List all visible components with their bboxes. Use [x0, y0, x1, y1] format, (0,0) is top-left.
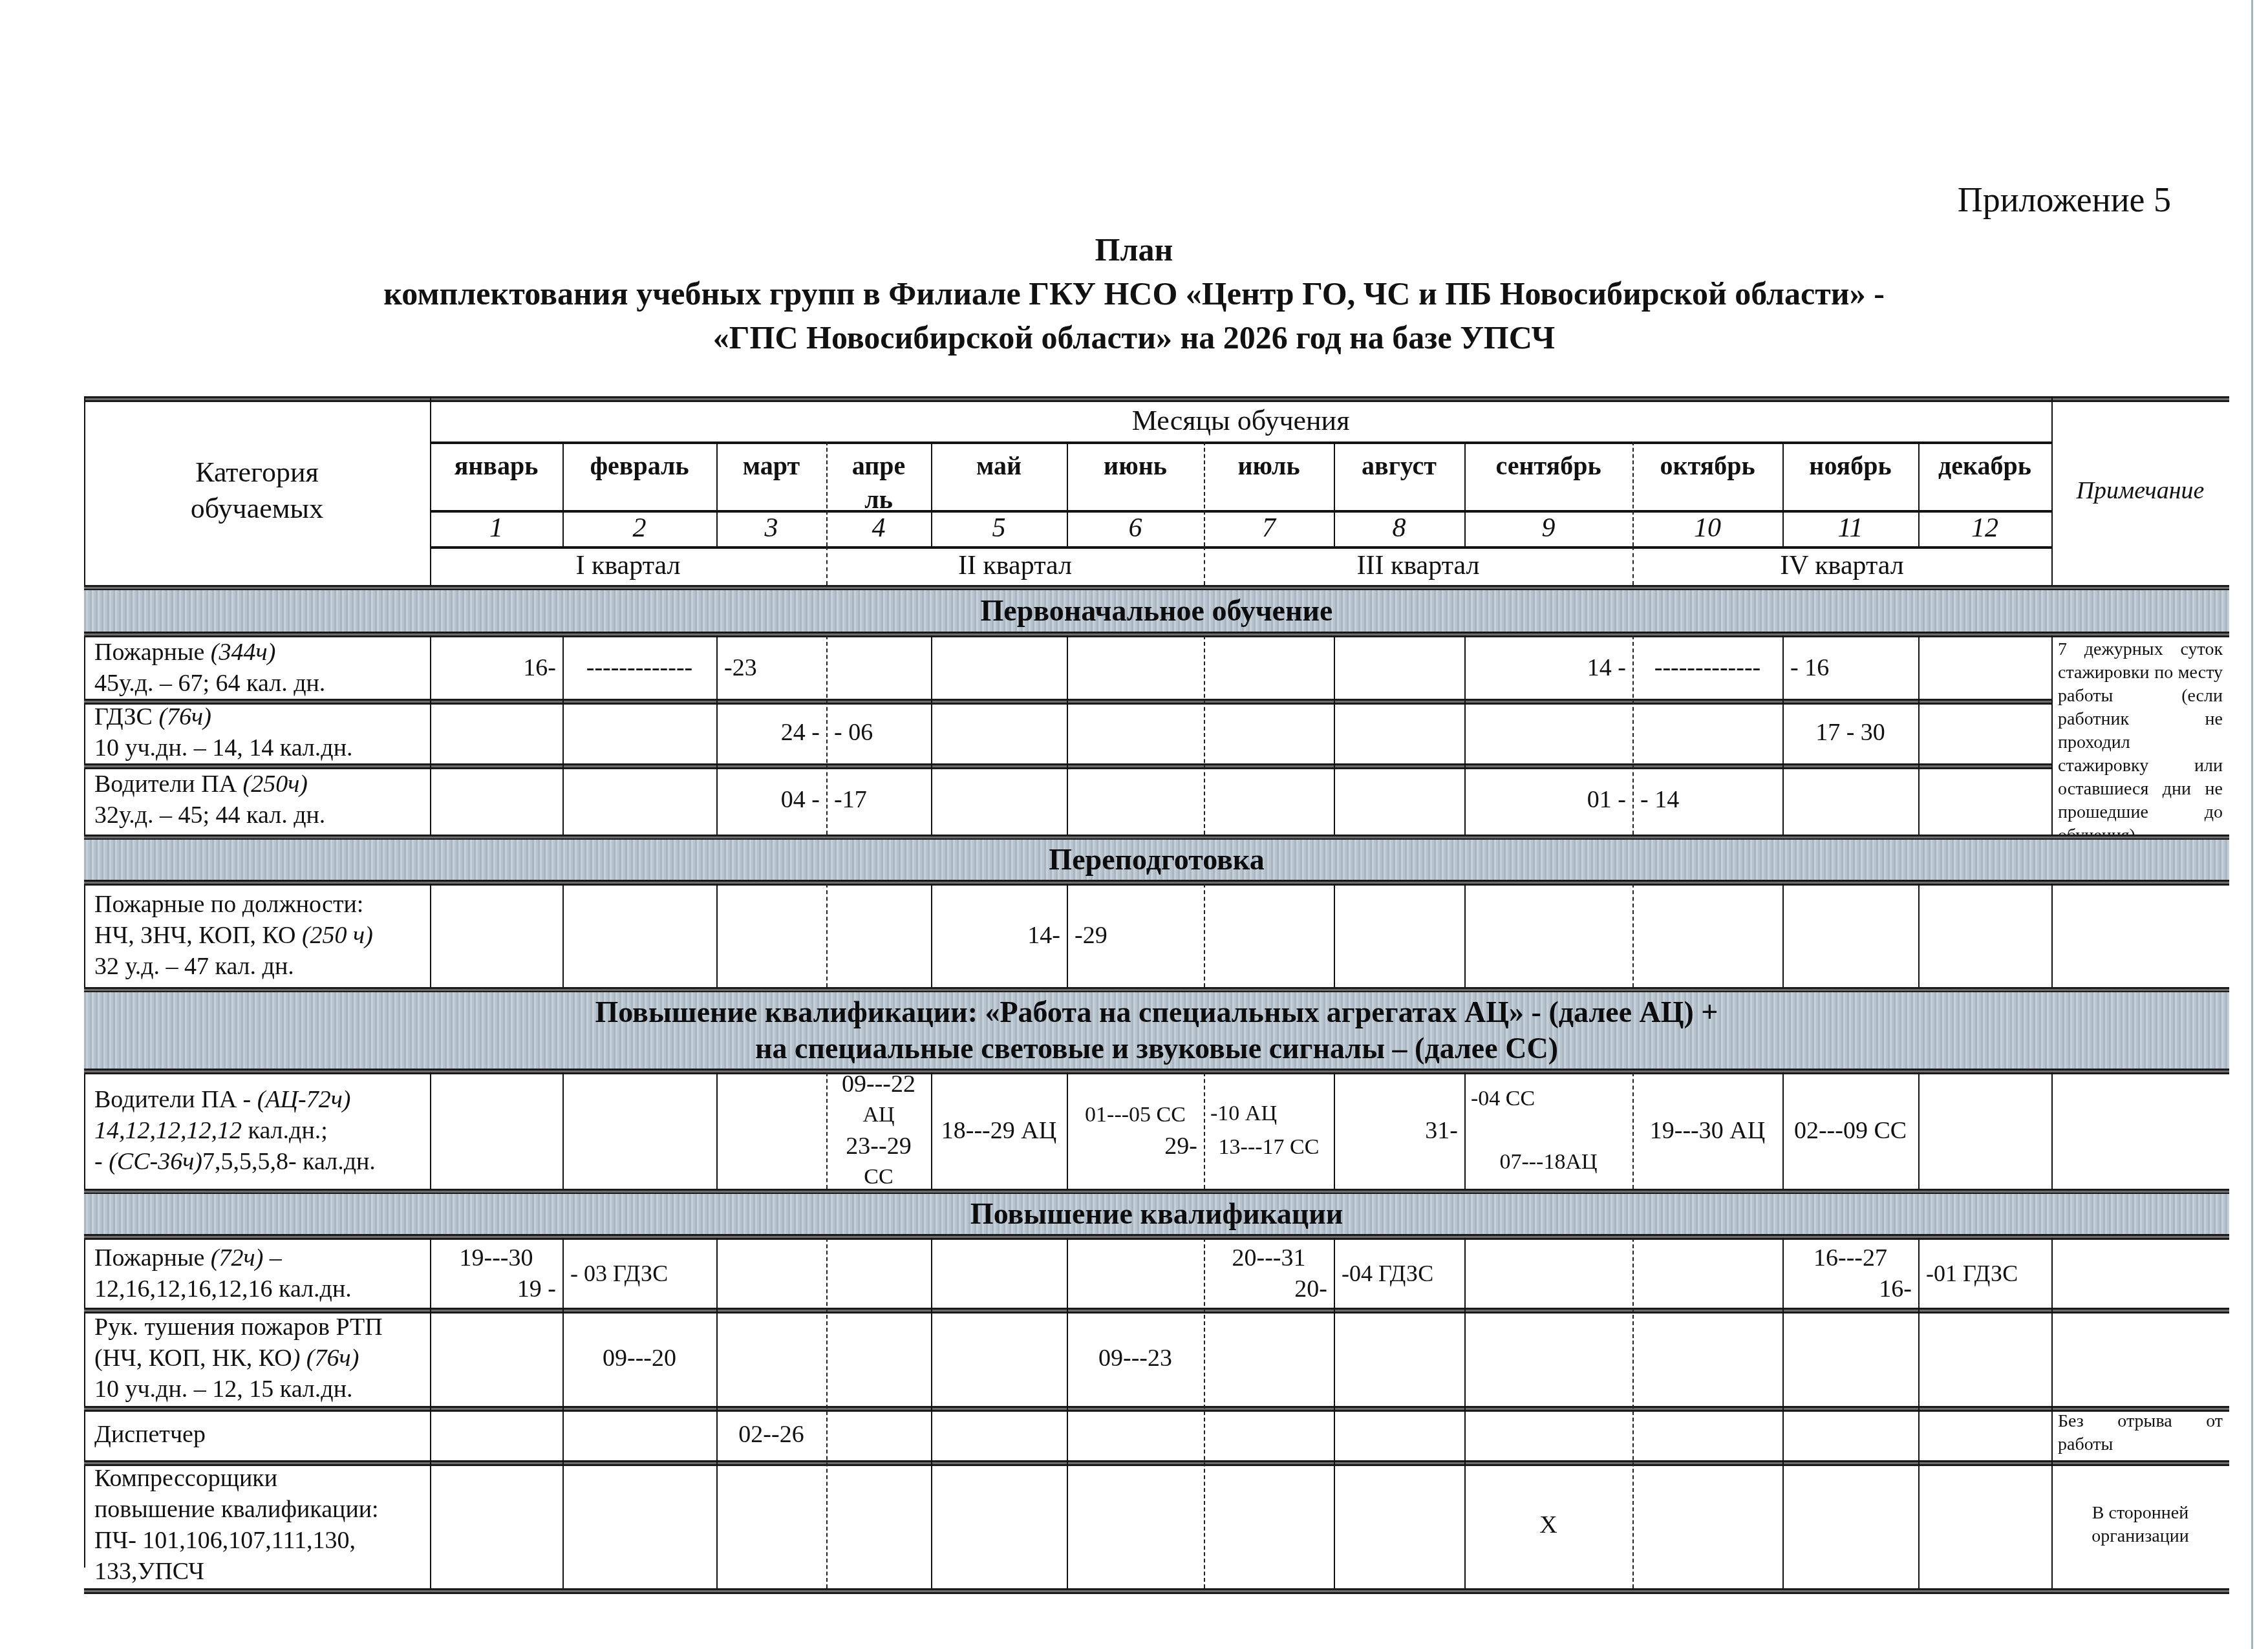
row-category: Пожарные по должности:НЧ, ЗНЧ, КОП, КО (…	[84, 884, 430, 987]
category-header: Категория обучаемых	[84, 396, 430, 585]
column-rule	[716, 884, 718, 987]
document-subtitle-line2: «ГПС Новосибирской области» на 2026 год …	[0, 315, 2268, 359]
quarter-divider	[1204, 1238, 1205, 1588]
column-rule	[1067, 1072, 1068, 1189]
schedule-cell-month-9: -04 СС07---18АЦ	[1464, 1072, 1632, 1189]
quarter-divider	[826, 884, 828, 987]
column-rule	[1334, 442, 1335, 546]
schedule-cell-month-2: - 03 ГДЗС	[562, 1238, 716, 1309]
document-title: План	[0, 228, 2268, 271]
column-rule	[1464, 442, 1466, 546]
schedule-cell-month-7: 20---3120-	[1204, 1238, 1334, 1309]
month-number-7: 7	[1204, 510, 1334, 546]
column-rule	[1334, 1072, 1335, 1189]
column-rule	[1918, 1072, 1920, 1189]
column-rule	[1464, 635, 1466, 835]
column-rule	[2051, 1072, 2053, 1189]
month-number-9: 9	[1464, 510, 1632, 546]
month-number-4: 4	[826, 510, 931, 546]
schedule-cell-month-6: 09---23	[1067, 1309, 1204, 1407]
column-rule	[1782, 884, 1784, 987]
schedule-cell-month-7: -10 АЦ13---17 СС	[1204, 1072, 1334, 1189]
column-rule	[562, 884, 564, 987]
schedule-cell-month-4: 09---22АЦ23--29СС	[826, 1072, 931, 1189]
note-header: Примечание	[2051, 396, 2229, 585]
month-number-8: 8	[1334, 510, 1464, 546]
month-header-10: октябрь	[1632, 442, 1782, 510]
schedule-cell-month-4: -17	[826, 765, 931, 835]
schedule-cell-month-2: -------------	[562, 635, 716, 700]
month-header-3: март	[716, 442, 826, 510]
months-title: Месяцы обучения	[430, 400, 2051, 442]
row-category: Диспетчер	[84, 1407, 430, 1462]
column-rule	[1067, 635, 1068, 835]
column-rule	[1464, 1072, 1466, 1189]
month-header-6: июнь	[1067, 442, 1204, 510]
schedule-cell-month-10: 19---30 АЦ	[1632, 1072, 1782, 1189]
row-category: Водители ПА - (АЦ-72ч)14,12,12,12,12 кал…	[84, 1072, 430, 1189]
quarter-divider	[1632, 546, 1634, 585]
row-category: Рук. тушения пожаров РТП(НЧ, КОП, НК, КО…	[84, 1309, 430, 1407]
month-header-9: сентябрь	[1464, 442, 1632, 510]
month-number-11: 11	[1782, 510, 1918, 546]
column-rule	[562, 1072, 564, 1189]
section-header: Переподготовка	[84, 840, 2229, 880]
column-rule	[430, 884, 431, 987]
month-number-3: 3	[716, 510, 826, 546]
schedule-cell-month-11: 02---09 СС	[1782, 1072, 1918, 1189]
schedule-cell-month-11: 17 - 30	[1782, 700, 1918, 765]
column-rule	[1918, 884, 1920, 987]
schedule-cell-month-11: 16---2716-	[1782, 1238, 1918, 1309]
row-category: Пожарные (344ч)45у.д. – 67; 64 кал. дн.	[84, 635, 430, 700]
schedule-cell-month-1: 19---3019 -	[430, 1238, 562, 1309]
month-header-5: май	[931, 442, 1067, 510]
schedule-cell-month-4: - 06	[826, 700, 931, 765]
quarter-label-3: III квартал	[1204, 546, 1632, 585]
quarter-divider	[1632, 884, 1634, 987]
row-category: Пожарные (72ч) –12,16,12,16,12,16 кал.дн…	[84, 1238, 430, 1309]
column-rule	[1334, 635, 1335, 835]
month-number-10: 10	[1632, 510, 1782, 546]
month-header-2: февраль	[562, 442, 716, 510]
month-number-1: 1	[430, 510, 562, 546]
column-rule	[1334, 884, 1335, 987]
column-rule	[931, 635, 932, 835]
column-rule	[2051, 884, 2053, 987]
column-rule	[716, 442, 718, 546]
section-header: Повышение квалификации	[84, 1194, 2229, 1234]
month-header-7: июль	[1204, 442, 1334, 510]
month-header-1: январь	[430, 442, 562, 510]
schedule-cell-month-2: 09---20	[562, 1309, 716, 1407]
month-header-11: ноябрь	[1782, 442, 1918, 510]
quarter-divider	[826, 1072, 828, 1189]
schedule-cell-month-10: - 14	[1632, 765, 1782, 835]
schedule-cell-month-8: -04 ГДЗС	[1334, 1238, 1464, 1309]
schedule-cell-month-6: -29	[1067, 884, 1204, 987]
column-rule	[1918, 442, 1920, 546]
column-rule	[931, 1238, 932, 1588]
schedule-cell-month-8: 31-	[1334, 1072, 1464, 1189]
quarter-divider	[1204, 635, 1205, 835]
column-rule	[562, 442, 564, 546]
column-rule	[1464, 884, 1466, 987]
column-rule	[430, 1238, 431, 1588]
column-rule	[2051, 635, 2053, 835]
quarter-divider	[1204, 884, 1205, 987]
month-header-4: апрель	[826, 442, 931, 510]
section-header: Повышение квалификации: «Работа на специ…	[84, 992, 2229, 1069]
schedule-cell-month-3: 04 -	[716, 765, 826, 835]
column-rule	[1918, 1238, 1920, 1588]
table-rule	[84, 1588, 2229, 1594]
column-rule	[716, 1238, 718, 1588]
column-rule	[430, 635, 431, 835]
quarter-divider	[1632, 442, 1634, 546]
schedule-cell-month-9: 14 -	[1464, 635, 1632, 700]
column-rule	[931, 884, 932, 987]
month-number-5: 5	[931, 510, 1067, 546]
column-rule	[1464, 1238, 1466, 1588]
schedule-cell-month-3: 24 -	[716, 700, 826, 765]
row-note: Без отрыва от работы	[2051, 1407, 2229, 1462]
quarter-label-4: IV квартал	[1632, 546, 2051, 585]
schedule-cell-month-12: -01 ГДЗС	[1918, 1238, 2051, 1309]
schedule-cell-month-11: - 16	[1782, 635, 1918, 700]
quarter-divider	[826, 635, 828, 835]
column-rule	[430, 1072, 431, 1189]
quarter-label-1: I квартал	[430, 546, 826, 585]
column-rule	[562, 1238, 564, 1588]
column-rule	[562, 635, 564, 835]
section-note: 7 дежурных суток стажировки по месту раб…	[2051, 635, 2229, 835]
schedule-cell-month-5: 18---29 АЦ	[931, 1072, 1067, 1189]
row-category: Компрессорщикиповышение квалификации:ПЧ-…	[84, 1462, 430, 1588]
column-rule	[2051, 1238, 2053, 1588]
column-rule	[2051, 396, 2053, 585]
appendix-label: Приложение 5	[1958, 180, 2171, 220]
section-header: Первоначальное обучение	[84, 590, 2229, 632]
column-rule	[716, 1072, 718, 1189]
month-number-6: 6	[1067, 510, 1204, 546]
row-category: Водители ПА (250ч)32у.д. – 45; 44 кал. д…	[84, 765, 430, 835]
column-rule	[1067, 442, 1068, 546]
column-rule	[1334, 1238, 1335, 1588]
quarter-divider	[1632, 1072, 1634, 1189]
training-plan-table: Категория обучаемых Месяцы обучения Прим…	[84, 396, 2229, 1573]
document-subtitle-line1: комплектования учебных групп в Филиале Г…	[0, 271, 2268, 315]
quarter-divider	[826, 1238, 828, 1588]
schedule-cell-month-10: -------------	[1632, 635, 1782, 700]
month-number-12: 12	[1918, 510, 2051, 546]
schedule-cell-month-3: -23	[716, 635, 826, 700]
column-rule	[1782, 1238, 1784, 1588]
row-category: ГДЗС (76ч)10 уч.дн. – 14, 14 кал.дн.	[84, 700, 430, 765]
month-header-8: август	[1334, 442, 1464, 510]
quarter-divider	[1632, 1238, 1634, 1588]
column-rule	[716, 635, 718, 835]
column-rule	[1918, 635, 1920, 835]
column-rule	[1067, 1238, 1068, 1588]
schedule-cell-month-6: 01---05 СС29-	[1067, 1072, 1204, 1189]
schedule-cell-month-1: 16-	[430, 635, 562, 700]
table-rule	[84, 396, 2229, 402]
quarter-divider	[1632, 635, 1634, 835]
row-note: В сторонней организации	[2051, 1462, 2229, 1588]
quarter-label-2: II квартал	[826, 546, 1204, 585]
quarter-divider	[1204, 1072, 1205, 1189]
column-rule	[931, 1072, 932, 1189]
quarter-divider	[1204, 546, 1205, 585]
quarter-divider	[826, 546, 828, 585]
quarter-divider	[826, 442, 828, 546]
column-rule	[1782, 635, 1784, 835]
schedule-cell-month-9: Х	[1464, 1462, 1632, 1588]
column-rule	[931, 442, 932, 546]
month-header-12: декабрь	[1918, 442, 2051, 510]
schedule-cell-month-5: 14-	[931, 884, 1067, 987]
month-number-2: 2	[562, 510, 716, 546]
column-rule	[1067, 884, 1068, 987]
category-header-label: Категория обучаемых	[160, 454, 354, 527]
column-rule	[1782, 442, 1784, 546]
schedule-cell-month-3: 02--26	[716, 1407, 826, 1462]
quarter-divider	[1204, 442, 1205, 546]
column-rule	[1782, 1072, 1784, 1189]
schedule-cell-month-9: 01 -	[1464, 765, 1632, 835]
